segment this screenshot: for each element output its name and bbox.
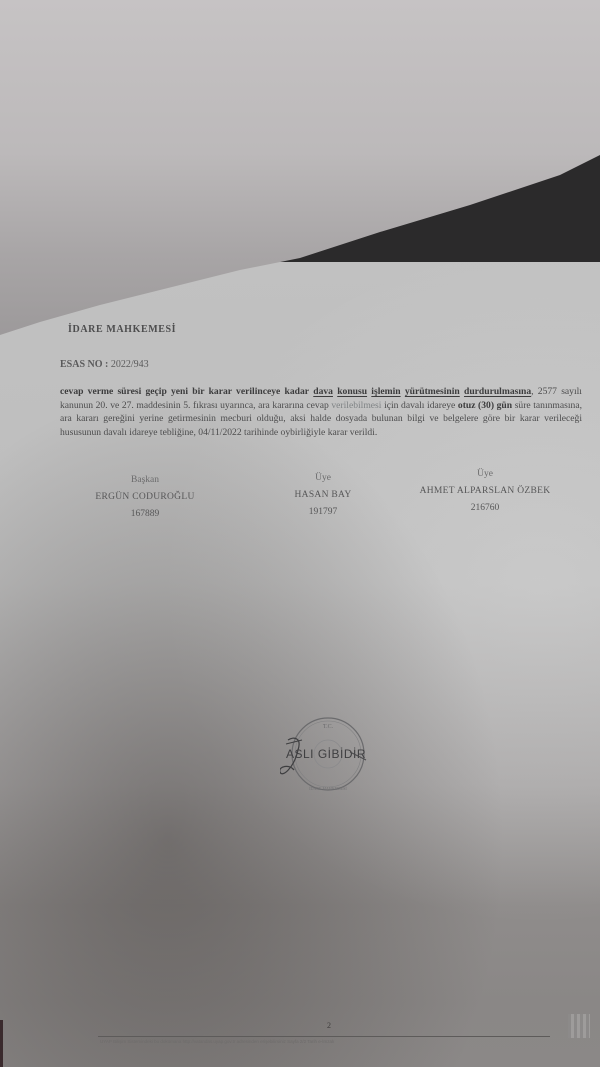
case-number: ESAS NO : 2022/943 [60,359,149,370]
signatory-name: AHMET ALPARSLAN ÖZBEK [405,483,565,500]
signatory-president: Başkan ERGÜN CODUROĞLU 167889 [85,472,205,523]
footer-divider [98,1036,550,1037]
text-underlined-2: konusu [337,386,367,397]
signatory-role: Başkan [85,472,205,489]
qr-code-icon [568,1014,590,1038]
text-p6: idareye tebliğine, 04/11/2022 tarihinde … [129,427,377,438]
text-faded: verilebilmesi [331,400,381,411]
text-underlined-5: durdurulmasına [464,386,531,397]
text-p3: için davalı idareye [384,400,455,411]
text-bold-1: cevap verme süresi geçip yeni bir karar … [60,386,309,397]
svg-text:T.C.: T.C. [323,724,334,730]
text-underlined-3: işlemin [371,386,400,397]
page-number: 2 [327,1021,331,1030]
signatory-name: HASAN BAY [268,487,378,504]
svg-text:İDARE MAHKEMESİ: İDARE MAHKEMESİ [309,786,347,791]
signatory-id: 191797 [268,504,378,521]
document-page [0,262,600,1067]
text-underlined-1: dava [313,386,333,397]
court-seal-stamp-icon: T.C. İDARE MAHKEMESİ ASLI GİBİDİR [280,710,368,802]
case-number-value: 2022/943 [111,359,149,370]
court-name: İDARE MAHKEMESİ [68,324,176,335]
decision-paragraph: cevap verme süresi geçip yeni bir karar … [60,385,582,439]
text-bold-duration: otuz (30) gün [458,400,512,411]
signatory-member-1: Üye HASAN BAY 191797 [268,470,378,521]
background-edge [0,1020,3,1067]
footer-text: UYAP Bilişim Sistemindeki bu dokümana ht… [100,1039,550,1044]
signatory-id: 167889 [85,506,205,523]
signatory-role: Üye [405,466,565,483]
signatory-id: 216760 [405,500,565,517]
case-number-label: ESAS NO : [60,359,108,370]
signatory-name: ERGÜN CODUROĞLU [85,489,205,506]
signatory-member-2: Üye AHMET ALPARSLAN ÖZBEK 216760 [405,466,565,517]
signatory-role: Üye [268,470,378,487]
text-underlined-4: yürütmesinin [405,386,460,397]
